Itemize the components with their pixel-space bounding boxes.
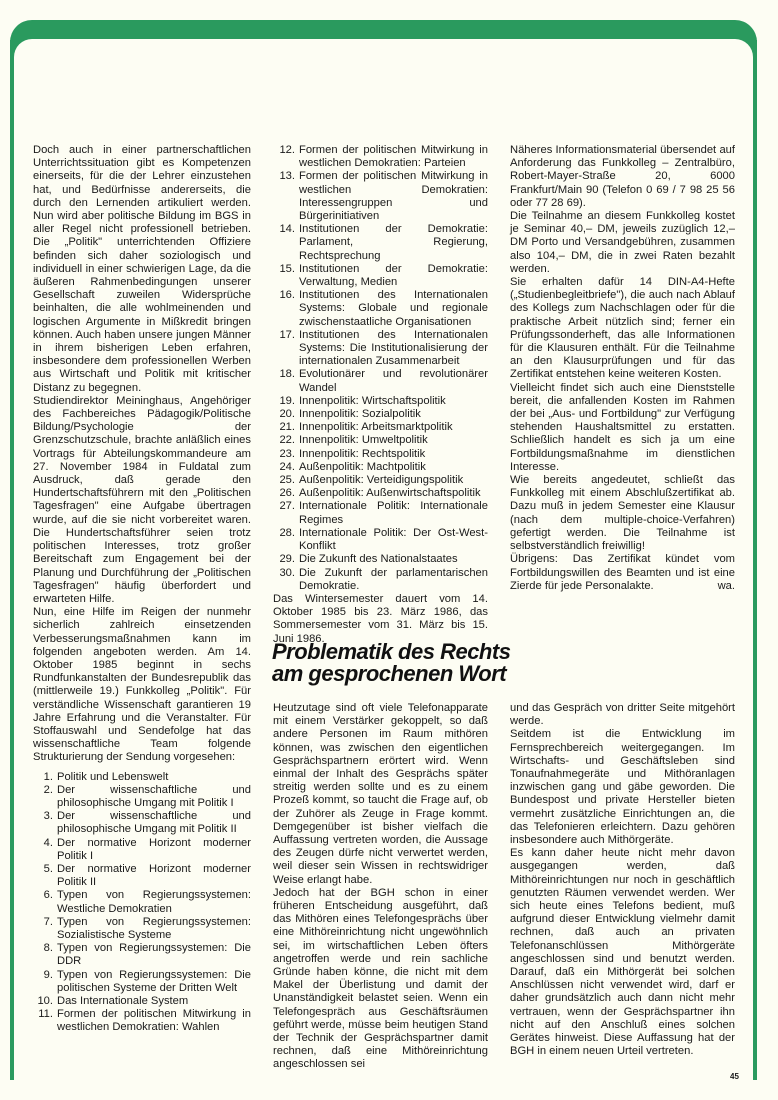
paragraph: Die Teilnahme an diesem Funkkolleg koste… bbox=[510, 210, 735, 276]
author-signature: wa. bbox=[718, 580, 735, 593]
article-headline: Problematik des Rechts am gesprochenen W… bbox=[272, 641, 532, 685]
paragraph: Näheres Informationsmaterial übersendet … bbox=[510, 144, 735, 210]
list-item: 27.Internationale Politik: International… bbox=[273, 500, 488, 526]
paragraph: Sie erhalten dafür 14 DIN-A4-Hefte („Stu… bbox=[510, 276, 735, 382]
list-item: 24.Außenpolitik: Machtpolitik bbox=[273, 461, 488, 474]
list-item: 10.Das Internationale System bbox=[33, 995, 251, 1008]
list-item: 26.Außenpolitik: Außenwirtschaftspolitik bbox=[273, 487, 488, 500]
list-item: 13.Formen der politischen Mitwirkung in … bbox=[273, 170, 488, 223]
list-item: 19.Innenpolitik: Wirtschaftspolitik bbox=[273, 395, 488, 408]
article2-column-right: und das Gespräch von dritter Seite mitge… bbox=[510, 702, 735, 1058]
paragraph: Studiendirektor Meininghaus, Angehöriger… bbox=[33, 395, 251, 606]
paragraph: Nun, eine Hilfe im Reigen der nunmehr si… bbox=[33, 606, 251, 764]
list-item: 3.Der wissenschaftliche und philosophisc… bbox=[33, 810, 251, 836]
topic-list-part-1: 1.Politik und Lebenswelt 2.Der wissensch… bbox=[33, 771, 251, 1035]
list-item: 2.Der wissenschaftliche und philosophisc… bbox=[33, 784, 251, 810]
list-item: 14.Institutionen der Demokratie: Parlame… bbox=[273, 223, 488, 263]
paragraph: und das Gespräch von dritter Seite mitge… bbox=[510, 702, 735, 728]
green-frame-left-rule bbox=[10, 40, 14, 1080]
list-item: 16.Institutionen des Internationalen Sys… bbox=[273, 289, 488, 329]
list-item: 20.Innenpolitik: Sozialpolitik bbox=[273, 408, 488, 421]
list-item: 8.Typen von Regierungssystemen: Die DDR bbox=[33, 942, 251, 968]
list-item: 30.Die Zukunft der parlamentarischen Dem… bbox=[273, 567, 488, 593]
paragraph: Heutzutage sind oft viele Telefonapparat… bbox=[273, 702, 488, 887]
paragraph: Wie bereits angedeutet, schließt das Fun… bbox=[510, 474, 735, 553]
paragraph: Seitdem ist die Entwicklung im Fernsprec… bbox=[510, 728, 735, 847]
list-item: 7.Typen von Regierungssystemen: Sozialis… bbox=[33, 916, 251, 942]
list-item: 4.Der normative Horizont moderner Politi… bbox=[33, 837, 251, 863]
list-item: 6.Typen von Regierungssystemen: Westlich… bbox=[33, 889, 251, 915]
paragraph: Übrigens: Das Zertifikat kündet vom Fort… bbox=[510, 553, 735, 593]
list-item: 11.Formen der politischen Mitwirkung in … bbox=[33, 1008, 251, 1034]
article-column-3: Näheres Informationsmaterial übersendet … bbox=[510, 144, 735, 593]
list-item: 21.Innenpolitik: Arbeitsmarktpolitik bbox=[273, 421, 488, 434]
page-number: 45 bbox=[730, 1072, 739, 1081]
list-item: 28.Internationale Politik: Der Ost-West-… bbox=[273, 527, 488, 553]
list-item: 12.Formen der politischen Mitwirkung in … bbox=[273, 144, 488, 170]
article-column-1: Doch auch in einer partnerschaftlichen U… bbox=[33, 144, 251, 1035]
green-frame-right-rule bbox=[753, 40, 757, 1080]
list-item: 22.Innenpolitik: Umweltpolitik bbox=[273, 434, 488, 447]
list-item: 9.Typen von Regierungssystemen: Die poli… bbox=[33, 969, 251, 995]
list-item: 1.Politik und Lebenswelt bbox=[33, 771, 251, 784]
semester-dates: Das Wintersemester dauert vom 14. Oktobe… bbox=[273, 593, 488, 646]
list-item: 18.Evolutionärer und revolutionärer Wand… bbox=[273, 368, 488, 394]
list-item: 25.Außenpolitik: Verteidigungspolitik bbox=[273, 474, 488, 487]
paragraph: Doch auch in einer partnerschaftlichen U… bbox=[33, 144, 251, 395]
list-item: 29.Die Zukunft des Nationalstaates bbox=[273, 553, 488, 566]
paragraph: Jedoch hat der BGH schon in einer früher… bbox=[273, 887, 488, 1072]
list-item: 23.Innenpolitik: Rechtspolitik bbox=[273, 448, 488, 461]
article-column-2: 12.Formen der politischen Mitwirkung in … bbox=[273, 144, 488, 646]
list-item: 17.Institutionen des Internationalen Sys… bbox=[273, 329, 488, 369]
frame-inner-cutout bbox=[14, 39, 753, 99]
topic-list-part-2: 12.Formen der politischen Mitwirkung in … bbox=[273, 144, 488, 593]
article2-column-left: Heutzutage sind oft viele Telefonapparat… bbox=[273, 702, 488, 1072]
list-item: 5.Der normative Horizont moderner Politi… bbox=[33, 863, 251, 889]
paragraph: Es kann daher heute nicht mehr davon aus… bbox=[510, 847, 735, 1058]
paragraph: Vielleicht findet sich auch eine Diensts… bbox=[510, 382, 735, 474]
list-item: 15.Institutionen der Demokratie: Verwalt… bbox=[273, 263, 488, 289]
